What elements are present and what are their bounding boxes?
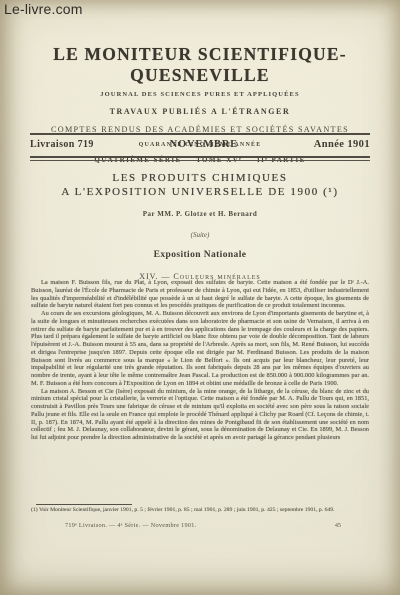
issue-bar: Livraison 719 NOVEMBRE Année 1901 [30, 139, 370, 150]
watermark-le-livre: Le-livre.com [4, 1, 83, 17]
issue-year: Année 1901 [314, 139, 370, 150]
footnote-text: (1) Voir Moniteur Scientifique, janvier … [31, 507, 373, 514]
section-heading: Exposition Nationale [0, 250, 400, 260]
body-paragraph: La maison F. Buisson fils, rue du Plat, … [31, 279, 369, 310]
issue-bar-bottom-rule [30, 156, 370, 161]
journal-title: LE MONITEUR SCIENTIFIQUE-QUESNEVILLE [0, 44, 400, 86]
article-body: La maison F. Buisson fils, rue du Plat, … [31, 279, 369, 501]
footer-imprint: 719ᵉ Livraison. — 4ᵉ Série. — Novembre 1… [31, 522, 197, 529]
article-suite-note: (Suite) [0, 231, 400, 239]
article-title-line1: LES PRODUITS CHIMIQUES [0, 172, 400, 184]
issue-bar-top-rule [30, 133, 370, 135]
issue-livraison: Livraison 719 [30, 139, 94, 150]
issue-month: NOVEMBRE [170, 139, 238, 150]
masthead-travaux-line: TRAVAUX PUBLIÉS A L'ÉTRANGER [0, 107, 400, 116]
footnote-separator-rule [36, 504, 132, 505]
body-paragraph: Au cours de ses excursions géologiques, … [31, 310, 369, 388]
article-title-line2: A L'EXPOSITION UNIVERSELLE DE 1900 (¹) [0, 186, 400, 198]
body-paragraph: La maison A. Besson et Cie (Isère) expos… [31, 388, 369, 442]
article-header: LES PRODUITS CHIMIQUES A L'EXPOSITION UN… [0, 172, 400, 281]
footer-line: 719ᵉ Livraison. — 4ᵉ Série. — Novembre 1… [31, 522, 369, 529]
article-byline: Par MM. P. Glotze et H. Bernard [0, 210, 400, 218]
scanned-journal-cover: Le-livre.com LE MONITEUR SCIENTIFIQUE-QU… [0, 0, 400, 595]
journal-subtitle: JOURNAL DES SCIENCES PURES ET APPLIQUÉES [0, 91, 400, 98]
footer-signature-mark: 45 [335, 522, 369, 529]
